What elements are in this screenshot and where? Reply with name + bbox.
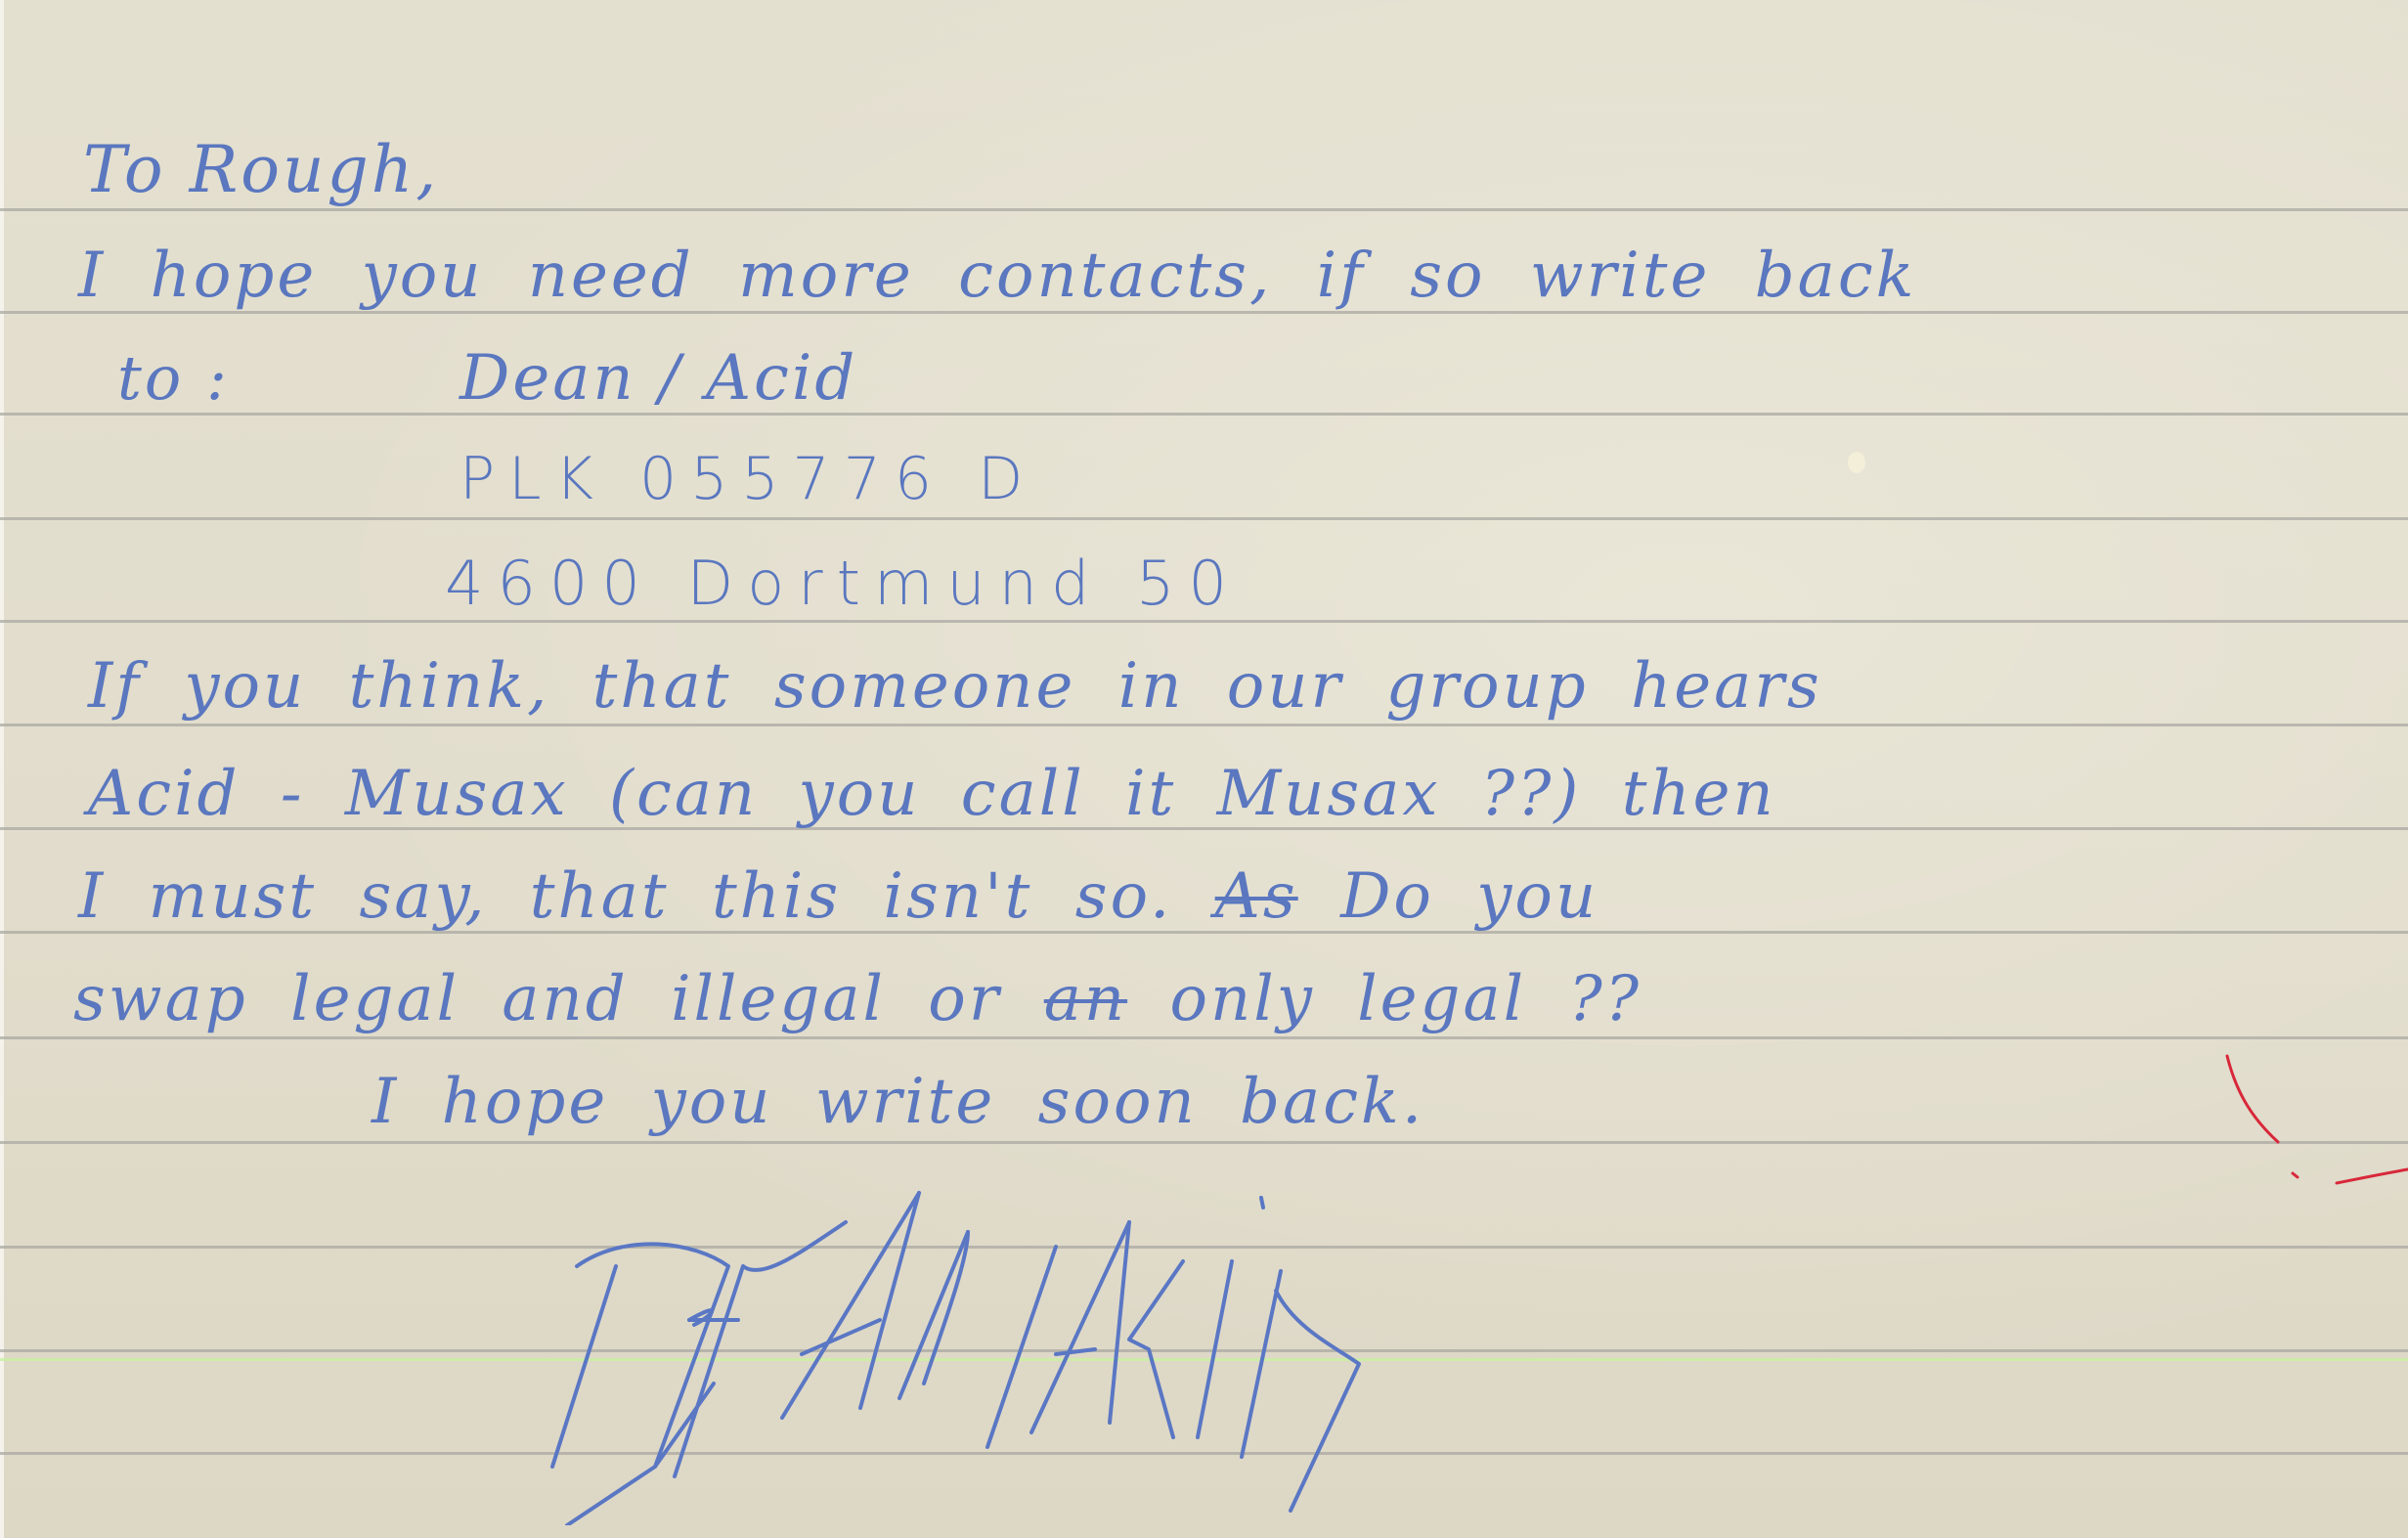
address-city: 4600 Dortmund 50 [445, 548, 1241, 619]
salutation: To Rough, [83, 132, 439, 207]
ruled-line [0, 208, 2408, 211]
paper-edge [0, 0, 4, 1538]
body-line-3-start: I must say, that this isn't so. [78, 860, 1172, 933]
struck-word: As [1215, 860, 1298, 933]
struck-word: an [1044, 963, 1127, 1035]
ruled-line [0, 1036, 2408, 1039]
address-label: to : [117, 342, 230, 414]
address-postbox: PLK 055776 D [460, 445, 1036, 513]
ruled-line [0, 1141, 2408, 1144]
paper-stain [1848, 452, 1865, 473]
red-pencil-mark [2200, 1046, 2408, 1193]
ruled-line [0, 413, 2408, 416]
body-line-4: swap legal and illegal or an only legal … [73, 963, 1642, 1035]
ruled-line [0, 517, 2408, 520]
closing-line: I hope you write soon back. [372, 1066, 1424, 1138]
ruled-line [0, 620, 2408, 623]
body-line-3-end: Do you [1340, 860, 1598, 933]
intro-line: I hope you need more contacts, if so wri… [78, 240, 1916, 312]
signature: DEAN / ACID [547, 1173, 2151, 1525]
body-line-4-start: swap legal and illegal or [73, 963, 1001, 1035]
body-line-4-end: only legal ?? [1169, 963, 1642, 1035]
body-line-3: I must say, that this isn't so. As Do yo… [78, 860, 1598, 933]
ruled-line [0, 724, 2408, 726]
body-line-1: If you think, that someone in our group … [88, 650, 1822, 723]
letter-sheet: To Rough, I hope you need more contacts,… [0, 0, 2408, 1538]
address-name: Dean / Acid [460, 342, 857, 415]
body-line-2: Acid - Musax (can you call it Musax ??) … [88, 758, 1776, 830]
